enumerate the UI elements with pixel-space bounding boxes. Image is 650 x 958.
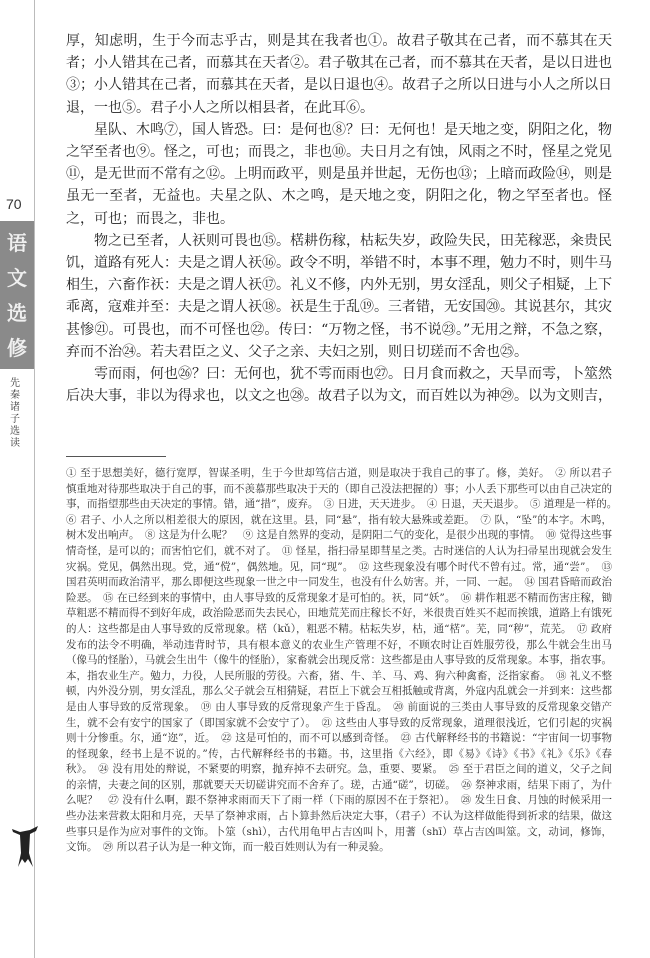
paragraph: 厚，知虑明，生于今而志乎古，则是其在我者也①。故君子敬其在己者，而不慕其在天者；… — [66, 30, 612, 119]
side-tab-char: 语 — [7, 233, 27, 253]
paragraph: 星队、木鸣⑦，国人皆恐。曰：是何也⑧？曰：无何也！是天地之变，阴阳之化，物之罕至… — [66, 119, 612, 230]
side-tab-char: 文 — [7, 268, 27, 288]
footnote-divider — [66, 456, 166, 457]
bronze-vessel-icon — [10, 823, 40, 869]
side-tab-char: 选 — [7, 303, 27, 323]
margin-rule — [34, 0, 35, 958]
side-subtitle: 先秦诸子选读 — [10, 378, 24, 450]
main-text: 厚，知虑明，生于今而志乎古，则是其在我者也①。故君子敬其在己者，而不慕其在天者；… — [66, 30, 612, 407]
page-number: 70 — [6, 196, 22, 212]
paragraph: 雩而雨，何也㉖？曰：无何也，犹不雩而雨也㉗。日月食而救之，天旱而雩，卜筮然后决大… — [66, 363, 612, 407]
paragraph: 物之已至者，人祆则可畏也⑮。楛耕伤稼，枯耘失岁，政险失民，田芜稼恶，籴贵民饥，道… — [66, 230, 612, 363]
side-tab: 语 文 选 修 — [0, 221, 34, 369]
side-tab-char: 修 — [7, 338, 27, 358]
footnotes: ① 至于思想美好，德行宽厚，智谋圣明，生于今世却笃信古道，则是取决于我自己的事了… — [66, 466, 612, 856]
